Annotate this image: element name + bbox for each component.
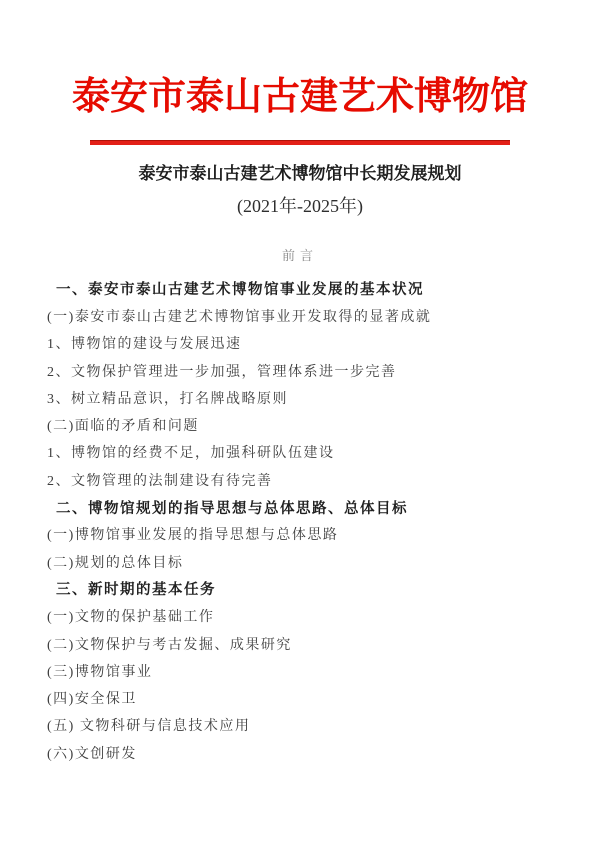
outline-item-text: (一)博物馆事业发展的指导思想与总体思路 <box>47 524 338 544</box>
outline-item-text: (二)文物保护与考古发掘、成果研究 <box>47 634 292 654</box>
preface-heading: 前言 <box>0 248 600 264</box>
outline-item: 2、文物保护管理进一步加强，管理体系进一步完善 <box>0 357 600 384</box>
outline-item: 1、博物馆的建设与发展迅速 <box>0 330 600 357</box>
outline-item: (五) 文物科研与信息技术应用 <box>0 712 600 739</box>
document-subtitle: (2021年-2025年) <box>0 195 600 217</box>
outline-item-text: 3、树立精品意识，打名牌战略原则 <box>47 388 288 408</box>
outline-item-text: 二、博物馆规划的指导思想与总体思路、总体目标 <box>56 497 408 518</box>
red-header-rule <box>90 140 510 145</box>
outline-item-text: (二)面临的矛盾和问题 <box>47 415 199 435</box>
outline-item-text: 一、泰安市泰山古建艺术博物馆事业发展的基本状况 <box>56 278 424 299</box>
outline-item-text: (五) 文物科研与信息技术应用 <box>47 715 250 735</box>
document-page: 泰安市泰山古建艺术博物馆 泰安市泰山古建艺术博物馆中长期发展规划 (2021年-… <box>0 0 600 848</box>
outline-item-text: (一)泰安市泰山古建艺术博物馆事业开发取得的显著成就 <box>47 306 431 326</box>
outline-item: 一、泰安市泰山古建艺术博物馆事业发展的基本状况 <box>0 275 600 302</box>
outline-item: (二)规划的总体目标 <box>0 548 600 575</box>
masthead-title: 泰安市泰山古建艺术博物馆 <box>0 74 600 120</box>
outline-item: 3、树立精品意识，打名牌战略原则 <box>0 384 600 411</box>
document-title: 泰安市泰山古建艺术博物馆中长期发展规划 <box>0 163 600 184</box>
outline-item-text: 三、新时期的基本任务 <box>56 578 216 599</box>
outline-item-text: (六)文创研发 <box>47 743 137 763</box>
outline-item: (六)文创研发 <box>0 739 600 766</box>
outline-item: 2、文物管理的法制建设有待完善 <box>0 466 600 493</box>
outline-item: (三)博物馆事业 <box>0 657 600 684</box>
outline-item: (一)文物的保护基础工作 <box>0 603 600 630</box>
outline-item: (二)文物保护与考古发掘、成果研究 <box>0 630 600 657</box>
outline-item-text: (一)文物的保护基础工作 <box>47 606 214 626</box>
outline-item: 1、博物馆的经费不足，加强科研队伍建设 <box>0 439 600 466</box>
outline-item: 二、博物馆规划的指导思想与总体思路、总体目标 <box>0 493 600 520</box>
outline-item: (二)面临的矛盾和问题 <box>0 411 600 438</box>
outline-item: (四)安全保卫 <box>0 684 600 711</box>
outline-item-text: 1、博物馆的建设与发展迅速 <box>47 333 242 353</box>
outline-item-text: (四)安全保卫 <box>47 688 137 708</box>
outline-item: (一)博物馆事业发展的指导思想与总体思路 <box>0 521 600 548</box>
outline-item-text: 2、文物管理的法制建设有待完善 <box>47 470 273 490</box>
outline-item: (一)泰安市泰山古建艺术博物馆事业开发取得的显著成就 <box>0 302 600 329</box>
outline-item-text: (三)博物馆事业 <box>47 661 152 681</box>
outline-item: 三、新时期的基本任务 <box>0 575 600 602</box>
outline-item-text: 2、文物保护管理进一步加强，管理体系进一步完善 <box>47 361 397 381</box>
outline-item-text: (二)规划的总体目标 <box>47 552 183 572</box>
outline-list: 一、泰安市泰山古建艺术博物馆事业发展的基本状况(一)泰安市泰山古建艺术博物馆事业… <box>0 275 600 766</box>
outline-item-text: 1、博物馆的经费不足，加强科研队伍建设 <box>47 442 335 462</box>
